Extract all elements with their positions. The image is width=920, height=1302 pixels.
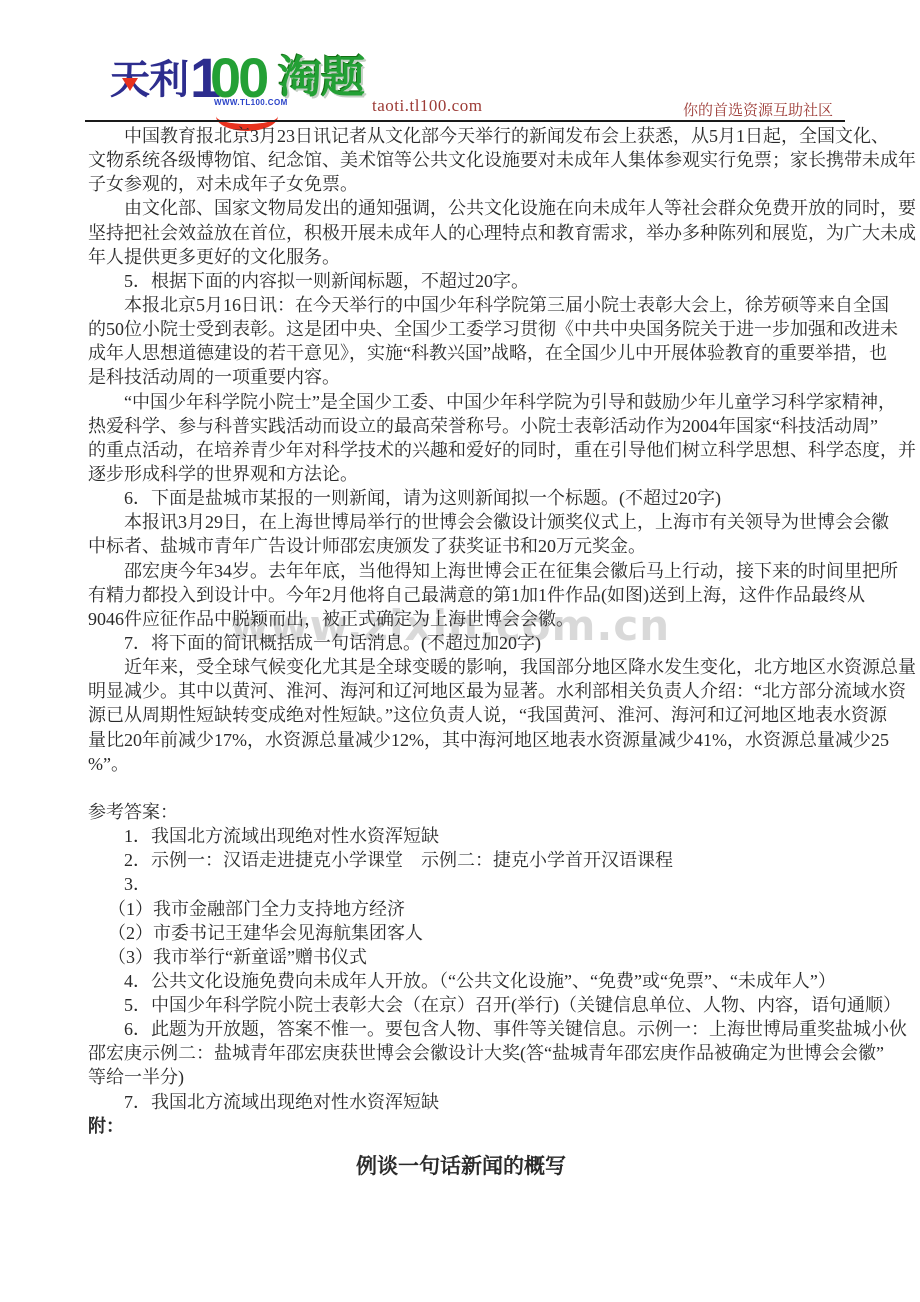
logo-product-text: 淘题 <box>278 56 364 100</box>
document-page: 天利 1 00 WWW.TL100.COM 淘题 taoti.tl100.com… <box>0 0 920 1302</box>
text-line: 2．示例一：汉语走进捷克小学课堂 示例二：捷克小学首开汉语课程 <box>88 848 834 872</box>
blank-line <box>88 776 834 800</box>
text-line: 本报北京5月16日讯：在今天举行的中国少年科学院第三届小院士表彰大会上，徐芳硕等… <box>88 293 834 317</box>
logo-triangle-icon <box>122 78 138 91</box>
text-line: 年人提供更多更好的文化服务。 <box>88 245 834 269</box>
text-line: 文物系统各级博物馆、纪念馆、美术馆等公共文化设施要对未成年人集体参观实行免票；家… <box>88 148 834 172</box>
document-lines: 中国教育报北京3月23日讯记者从文化部今天举行的新闻发布会上获悉，从5月1日起，… <box>88 124 834 1182</box>
text-line: 7．我国北方流域出现绝对性水资浑短缺 <box>88 1090 834 1114</box>
text-line: 有精力都投入到设计中。今年2月他将自己最满意的第1加1件作品(如图)送到上海，这… <box>88 583 834 607</box>
text-line: 9046件应征作品中脱颖而出，被正式确定为上海世博会会徽。 <box>88 607 834 631</box>
tianli100-logo: 天利 1 00 WWW.TL100.COM 淘题 <box>110 56 370 126</box>
blank-line <box>88 1138 834 1152</box>
site-url-text: taoti.tl100.com <box>372 96 482 116</box>
text-line: 热爱科学、参与科普实践活动而设立的最高荣誉称号。小院士表彰活动作为2004年国家… <box>88 414 834 438</box>
text-line: 3． <box>88 872 834 896</box>
text-line: 的50位小院士受到表彰。这是团中央、全国少工委学习贯彻《中共中央国务院关于进一步… <box>88 317 834 341</box>
text-line: 7．将下面的简讯概括成一句话消息。(不超过加20字) <box>88 631 834 655</box>
header-divider <box>85 120 845 122</box>
text-line: 等给一半分) <box>88 1065 834 1089</box>
text-line: “中国少年科学院小院士”是全国少工委、中国少年科学院为引导和鼓励少年儿童学习科学… <box>88 390 834 414</box>
text-line: 参考答案： <box>88 800 834 824</box>
text-line: %”。 <box>88 752 834 776</box>
text-line: 是科技活动周的一项重要内容。 <box>88 365 834 389</box>
text-line: 成年人思想道德建设的若干意见》，实施“科教兴国”战略，在全国少儿中开展体验教育的… <box>88 341 834 365</box>
text-line: 1．我国北方流域出现绝对性水资浑短缺 <box>88 824 834 848</box>
text-line: 6．此题为开放题，答案不惟一。要包含人物、事件等关键信息。示例一：上海世博局重奖… <box>88 1017 834 1041</box>
text-line: 4．公共文化设施免费向未成年人开放。（“公共文化设施”、“免费”或“免票”、“未… <box>88 969 834 993</box>
text-line: 5．根据下面的内容拟一则新闻标题，不超过20字。 <box>88 269 834 293</box>
text-line: 源已从周期性短缺转变成绝对性短缺。”这位负责人说，“我国黄河、淮河、海河和辽河地… <box>88 703 834 727</box>
text-line: 量比20年前减少17%，水资源总量减少12%，其中海河地区地表水资源量减少41%… <box>88 728 834 752</box>
text-line: 6．下面是盐城市某报的一则新闻，请为这则新闻拟一个标题。(不超过20字) <box>88 486 834 510</box>
text-line: （1）我市金融部门全力支持地方经济 <box>88 897 834 921</box>
text-line: 子女参观的，对未成年子女免票。 <box>88 172 834 196</box>
text-line: 坚持把社会效益放在首位，积极开展未成年人的心理特点和教育需求，举办多种陈列和展览… <box>88 221 834 245</box>
text-line: 5．中国少年科学院小院士表彰大会（在京）召开(举行)（关键信息单位、人物、内容，… <box>88 993 834 1017</box>
text-line: 的重点活动，在培养青少年对科学技术的兴趣和爱好的同时，重在引导他们树立科学思想、… <box>88 438 834 462</box>
text-line: （3）我市举行“新童谣”赠书仪式 <box>88 945 834 969</box>
text-line: 中国教育报北京3月23日讯记者从文化部今天举行的新闻发布会上获悉，从5月1日起，… <box>88 124 834 148</box>
text-line: （2）市委书记王建华会见海航集团客人 <box>88 921 834 945</box>
text-line: 邵宏庚示例二：盐城青年邵宏庚获世博会会徽设计大奖(答“盐城青年邵宏庚作品被确定为… <box>88 1041 834 1065</box>
text-line: 明显减少。其中以黄河、淮河、海河和辽河地区最为显著。水利部相关负责人介绍：“北方… <box>88 679 834 703</box>
text-line: 附： <box>88 1114 834 1138</box>
header-tagline: 你的首选资源互助社区 <box>683 99 833 120</box>
text-line: 中标者、盐城市青年广告设计师邵宏庚颁发了获奖证书和20万元奖金。 <box>88 534 834 558</box>
text-line: 近年来，受全球气候变化尤其是全球变暖的影响，我国部分地区降水发生变化，北方地区水… <box>88 655 834 679</box>
text-line: 由文化部、国家文物局发出的通知强调，公共文化设施在向未成年人等社会群众免费开放的… <box>88 196 834 220</box>
appendix-title: 例谈一句话新闻的概写 <box>88 1152 834 1182</box>
text-line: 逐步形成科学的世界观和方法论。 <box>88 462 834 486</box>
text-line: 本报讯3月29日，在上海世博局举行的世博会会徽设计颁奖仪式上，上海市有关领导为世… <box>88 510 834 534</box>
text-line: 邵宏庚今年34岁。去年年底，当他得知上海世博会正在征集会徽后马上行动，接下来的时… <box>88 559 834 583</box>
